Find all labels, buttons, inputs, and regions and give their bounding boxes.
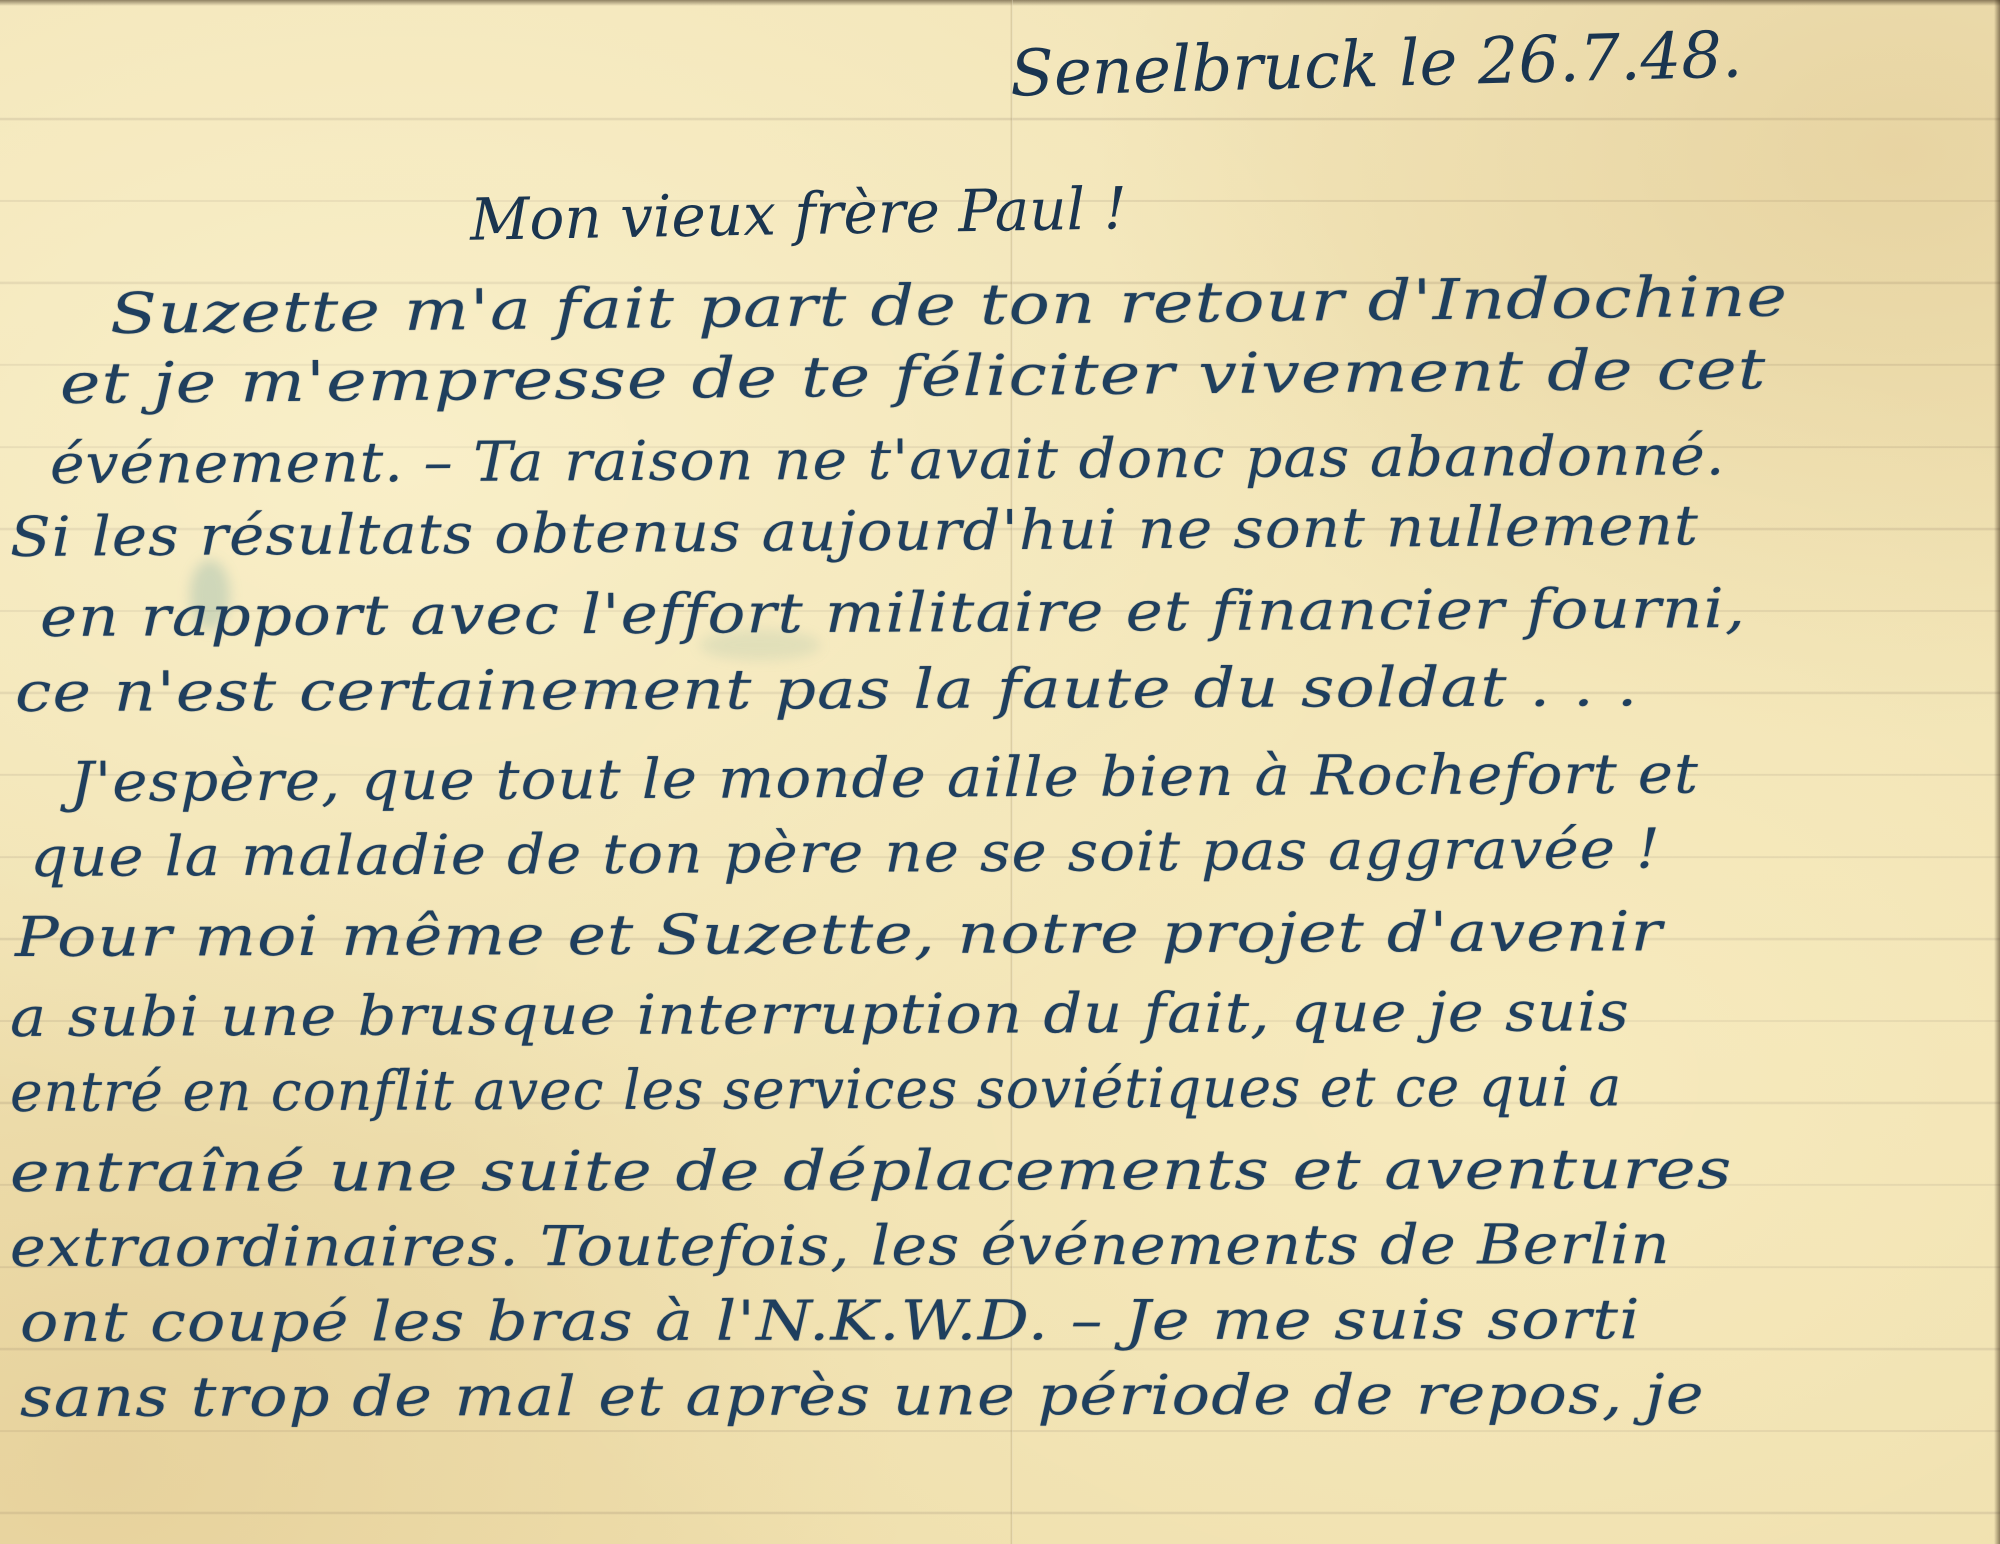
letter-page: Senelbruck le 26.7.48. Mon vieux frère P… bbox=[0, 0, 2000, 1544]
letter-line: que la maladie de ton père ne se soit pa… bbox=[30, 816, 1661, 889]
letter-line: ont coupé les bras à l'N.K.W.D. – Je me … bbox=[20, 1287, 1641, 1354]
letter-line: Pour moi même et Suzette, notre projet d… bbox=[15, 899, 1663, 969]
letter-salutation: Mon vieux frère Paul ! bbox=[469, 174, 1127, 253]
letter-line: Suzette m'a fait part de ton retour d'In… bbox=[110, 264, 1789, 347]
letter-line: J'espère, que tout le monde aille bien à… bbox=[70, 741, 1699, 814]
letter-line: Si les résultats obtenus aujourd'hui ne … bbox=[10, 493, 1699, 569]
letter-line: et je m'empresse de te féliciter vivemen… bbox=[60, 337, 1767, 417]
letter-place-date: Senelbruck le 26.7.48. bbox=[1009, 18, 1743, 111]
letter-line: entraîné une suite de déplacements et av… bbox=[10, 1137, 1733, 1204]
letter-line: en rapport avec l'effort militaire et fi… bbox=[40, 576, 1746, 649]
letter-line: événement. – Ta raison ne t'avait donc p… bbox=[50, 423, 1726, 496]
letter-line: a subi une brusque interruption du fait,… bbox=[10, 979, 1630, 1049]
letter-line: ce n'est certainement pas la faute du so… bbox=[15, 654, 1639, 724]
letter-line: sans trop de mal et après une période de… bbox=[20, 1362, 1705, 1429]
paper-right-edge bbox=[1994, 0, 2000, 1544]
letter-line: entré en conflit avec les services sovié… bbox=[10, 1054, 1622, 1124]
letter-line: extraordinaires. Toutefois, les événemen… bbox=[10, 1212, 1671, 1279]
paper-top-edge bbox=[0, 0, 2000, 6]
